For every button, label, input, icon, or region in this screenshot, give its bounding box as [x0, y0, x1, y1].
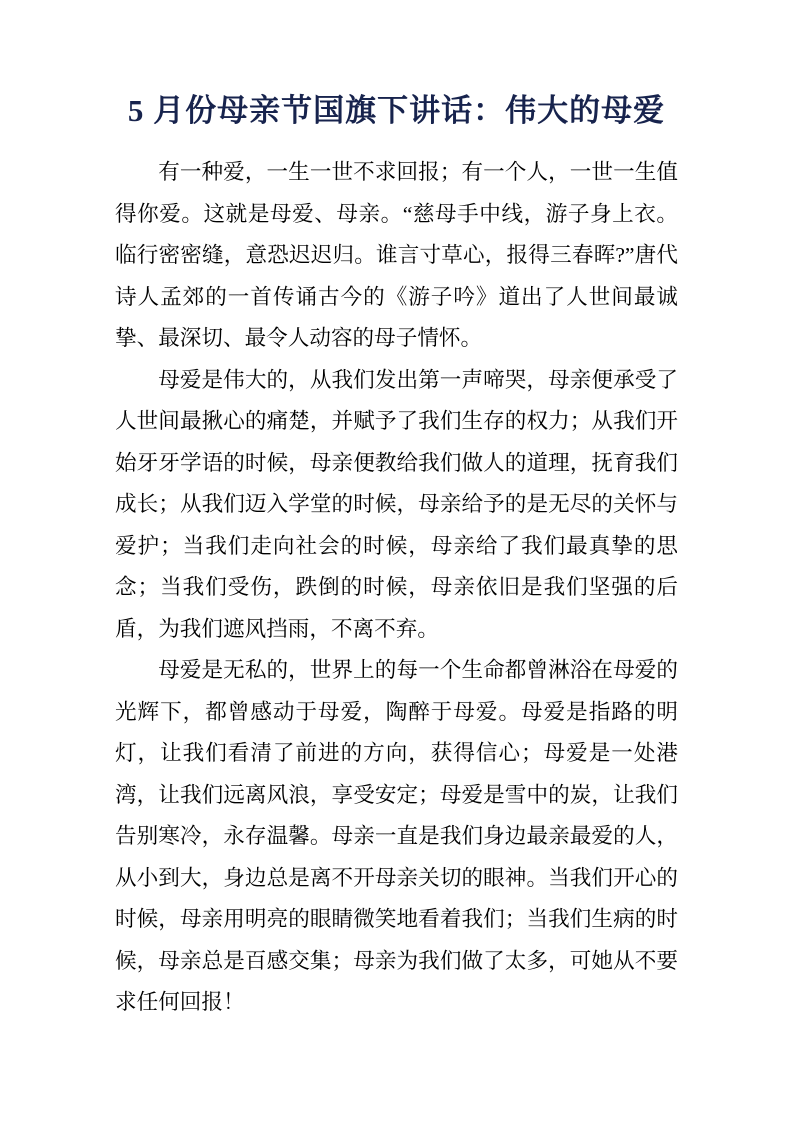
paragraph-2: 母爱是伟大的，从我们发出第一声啼哭，母亲便承受了人世间最揪心的痛楚，并赋予了我们…: [115, 360, 678, 651]
paragraph-1: 有一种爱，一生一世不求回报；有一个人，一世一生值得你爱。这就是母爱、母亲。“慈母…: [115, 152, 678, 360]
page-title: 5 月份母亲节国旗下讲话：伟大的母爱: [115, 88, 678, 133]
document-page: 5 月份母亲节国旗下讲话：伟大的母爱 有一种爱，一生一世不求回报；有一个人，一世…: [0, 0, 793, 1122]
paragraph-3: 母爱是无私的，世界上的每一个生命都曾淋浴在母爱的光辉下，都曾感动于母爱，陶醉于母…: [115, 650, 678, 1024]
